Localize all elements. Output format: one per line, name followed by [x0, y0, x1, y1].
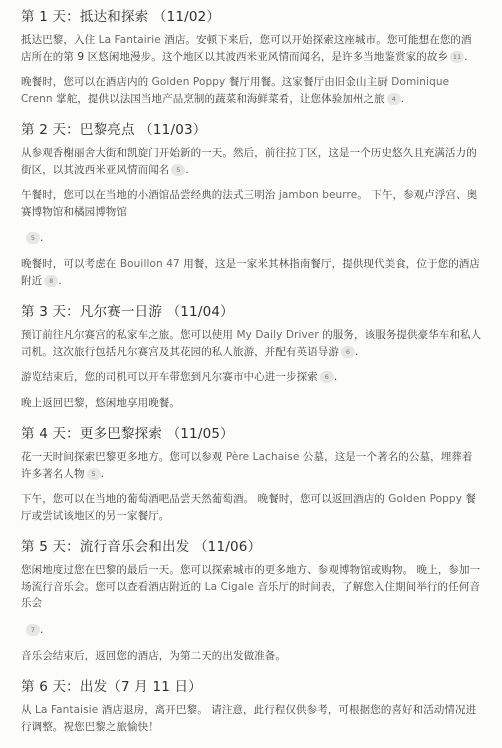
citation-badge[interactable]: 5	[171, 164, 185, 176]
paragraph: 预订前往凡尔赛宫的私家车之旅。您可以使用 My Daily Driver 的服务…	[21, 327, 482, 360]
text: 抵达巴黎，入住	[21, 34, 99, 46]
citation-badge[interactable]: 11	[450, 51, 464, 63]
text: 掌舵，提供以法国当地产品烹制的蔬菜和海鲜菜肴，让您体验加州之旅	[53, 93, 385, 105]
paragraph: 午餐时，您可以在当地的小酒馆品尝经典的法式三明治 jambon beurre。 …	[21, 187, 482, 220]
day-section-2: 第 2 天：巴黎亮点 （11/03） 从参观香榭丽舍大街和凯旋门开始新的一天。然…	[21, 121, 482, 289]
text: 餐厅用餐。这家餐厅由旧金山主厨	[225, 76, 391, 88]
paragraph: 从参观香榭丽舍大街和凯旋门开始新的一天。然后，前往拉丁区，这是一个历史悠久且充满…	[21, 145, 482, 178]
day-title: 第 1 天：抵达和探索 （11/02）	[21, 8, 482, 26]
citation-badge[interactable]: 8	[44, 275, 58, 287]
citation-badge[interactable]: 4	[387, 93, 401, 105]
text: 音乐会结束后，返回您的酒店，为第二天的出发做准备。	[21, 650, 286, 662]
text: 从	[21, 704, 35, 716]
service-name: My Daily Driver	[236, 329, 318, 341]
restaurant-name: Golden Poppy	[152, 76, 226, 88]
day-section-5: 第 5 天：流行音乐会和出发 （11/06） 您闲地度过您在巴黎的最后一天。您可…	[21, 538, 482, 664]
citation-badge[interactable]: 5	[26, 232, 40, 244]
standalone-citation: 7.	[24, 622, 482, 638]
paragraph: 从 La Fantaisie 酒店退房，离开巴黎。 请注意，此行程仅供参考，可根…	[21, 702, 482, 735]
text: 晚餐时，可以考虑在	[21, 258, 120, 270]
text: 下午，您可以在当地的葡萄酒吧品尝天然葡萄酒。 晚餐时，您可以返回酒店的	[21, 493, 388, 505]
restaurant-name: Bouillon 47	[120, 258, 180, 270]
paragraph: 晚上返回巴黎，悠闲地享用晚餐。	[21, 395, 482, 412]
hotel-name: La Fantaisie	[35, 704, 98, 716]
dish-name: jambon beurre	[279, 189, 357, 201]
day-title: 第 4 天：更多巴黎探索 （11/05）	[21, 425, 482, 443]
paragraph: 游览结束后，您的司机可以开车带您到凡尔赛市中心进一步探索6.	[21, 369, 482, 386]
day-section-3: 第 3 天：凡尔赛一日游 （11/04） 预订前往凡尔赛宫的私家车之旅。您可以使…	[21, 303, 482, 411]
citation-badge[interactable]: 7	[26, 624, 40, 636]
paragraph: 晚餐时，可以考虑在 Bouillon 47 用餐，这是一家米其林指南餐厅，提供现…	[21, 256, 482, 289]
paragraph: 音乐会结束后，返回您的酒店，为第二天的出发做准备。	[21, 648, 482, 665]
paragraph: 您闲地度过您在巴黎的最后一天。您可以探索城市的更多地方、参观博物馆或购物。 晚上…	[21, 562, 482, 612]
text: 午餐时，您可以在当地的小酒馆品尝经典的法式三明治	[21, 189, 279, 201]
paragraph: 下午，您可以在当地的葡萄酒吧品尝天然葡萄酒。 晚餐时，您可以返回酒店的 Gold…	[21, 491, 482, 524]
day-section-1: 第 1 天：抵达和探索 （11/02） 抵达巴黎，入住 La Fantairie…	[21, 8, 482, 107]
day-title: 第 3 天：凡尔赛一日游 （11/04）	[21, 303, 482, 321]
day-title: 第 5 天：流行音乐会和出发 （11/06）	[21, 538, 482, 556]
citation-badge[interactable]: 6	[341, 346, 355, 358]
restaurant-name: Golden Poppy	[388, 493, 462, 505]
text: 花一天时间探索巴黎更多地方。您可以参观	[21, 451, 226, 463]
paragraph: 花一天时间探索巴黎更多地方。您可以参观 Père Lachaise 公墓，这是一…	[21, 449, 482, 482]
citation-badge[interactable]: 6	[320, 371, 334, 383]
venue-name: La Cigale	[205, 581, 254, 593]
itinerary-document: 第 1 天：抵达和探索 （11/02） 抵达巴黎，入住 La Fantairie…	[0, 0, 502, 735]
day-section-6: 第 6 天：出发（7 月 11 日） 从 La Fantaisie 酒店退房，离…	[21, 678, 482, 735]
paragraph: 抵达巴黎，入住 La Fantairie 酒店。安顿下来后，您可以开始探索这座城…	[21, 32, 482, 65]
day-section-4: 第 4 天：更多巴黎探索 （11/05） 花一天时间探索巴黎更多地方。您可以参观…	[21, 425, 482, 524]
day-title: 第 2 天：巴黎亮点 （11/03）	[21, 121, 482, 139]
text: 晚上返回巴黎，悠闲地享用晚餐。	[21, 397, 180, 409]
standalone-citation: 5.	[24, 230, 482, 246]
paragraph: 晚餐时，您可以在酒店内的 Golden Poppy 餐厅用餐。这家餐厅由旧金山主…	[21, 74, 482, 107]
hotel-name: La Fantairie	[99, 34, 161, 46]
text: 预订前往凡尔赛宫的私家车之旅。您可以使用	[21, 329, 236, 341]
text: 晚餐时，您可以在酒店内的	[21, 76, 152, 88]
text: 游览结束后，您的司机可以开车带您到凡尔赛市中心进一步探索	[21, 371, 318, 383]
day-title: 第 6 天：出发（7 月 11 日）	[21, 678, 482, 696]
text: 从参观香榭丽舍大街和凯旋门开始新的一天。然后，前往拉丁区，这是一个历史悠久且充满…	[21, 147, 477, 176]
cemetery-name: Père Lachaise	[226, 451, 300, 463]
citation-badge[interactable]: 5	[87, 468, 101, 480]
